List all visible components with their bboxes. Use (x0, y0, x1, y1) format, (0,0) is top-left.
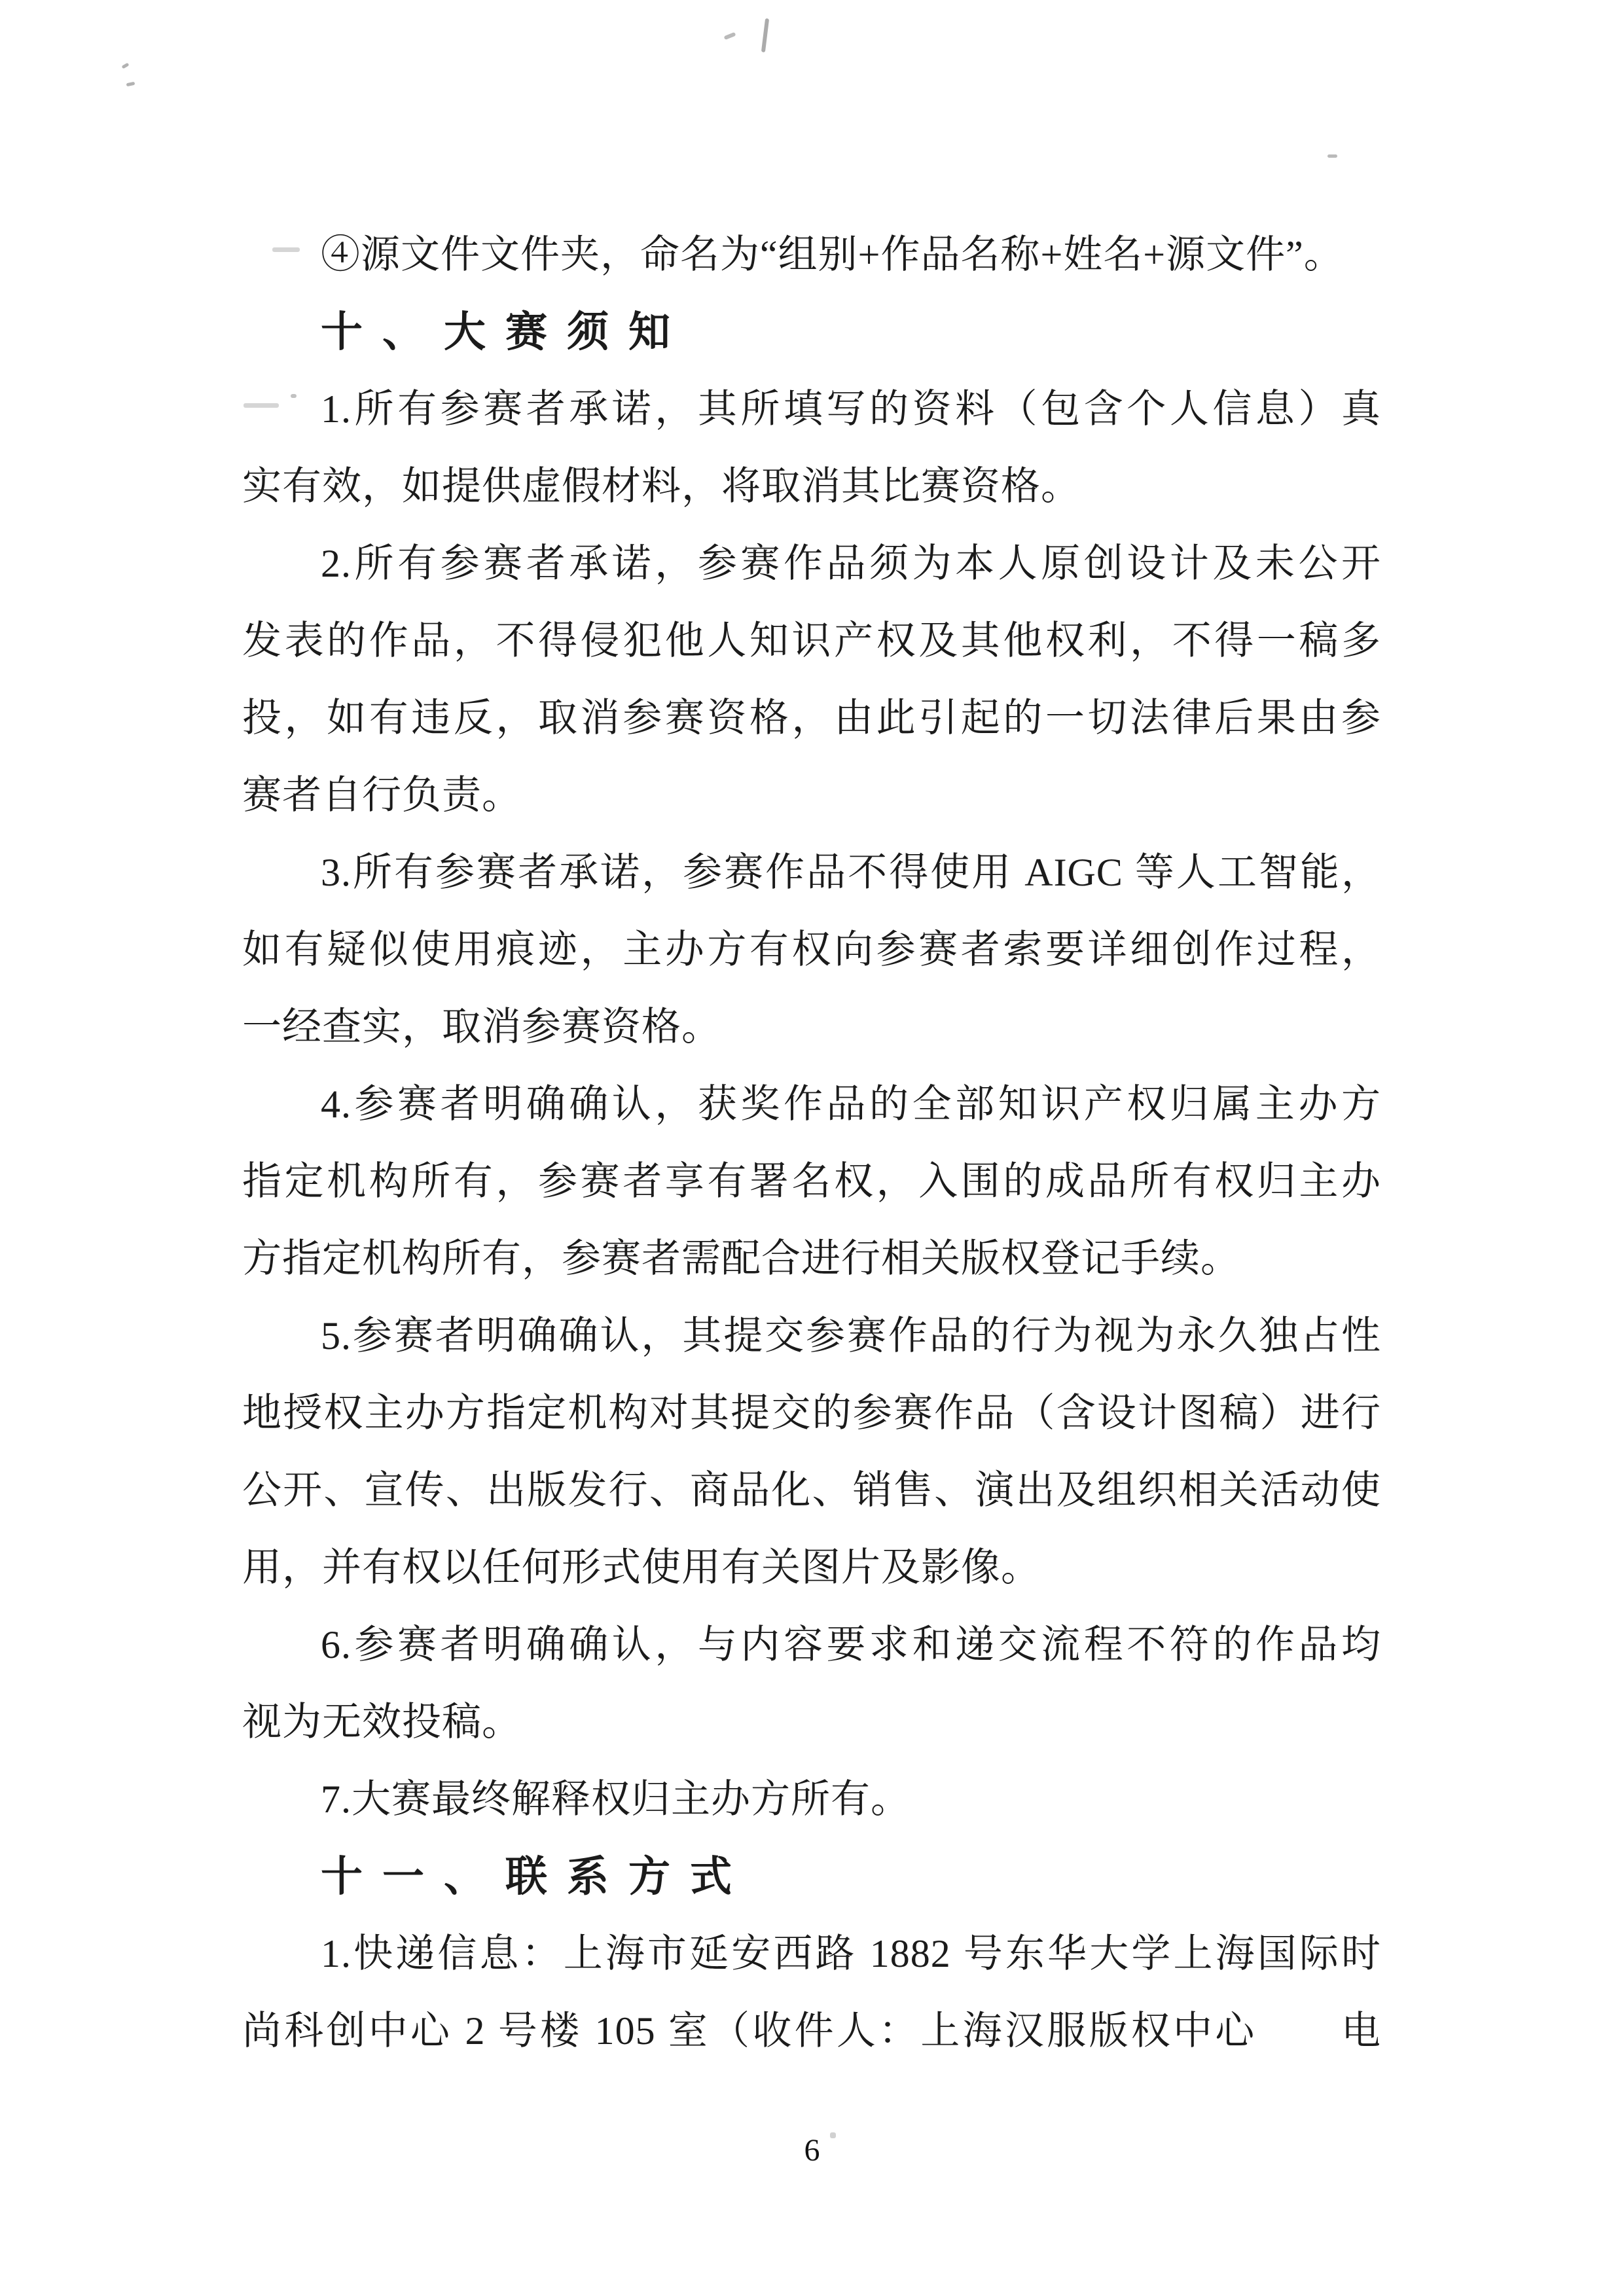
section-heading: 十、大赛须知 (242, 293, 1381, 370)
text-line: 实有效，如提供虚假材料，将取消其比赛资格。 (242, 448, 1381, 525)
page-number: 6 (0, 2132, 1624, 2168)
scan-artifact (1327, 154, 1337, 158)
scan-artifact (126, 82, 135, 87)
text-line: 指定机构所有，参赛者享有署名权，入围的成品所有权归主办 (242, 1143, 1381, 1220)
scan-artifact (724, 32, 736, 40)
text-line: ④源文件文件夹，命名为“组别+作品名称+姓名+源文件”。 (242, 216, 1381, 293)
scan-artifact (761, 18, 769, 52)
section-heading: 十一、联系方式 (242, 1838, 1381, 1915)
text-line: 3.所有参赛者承诺，参赛作品不得使用 AIGC 等人工智能， (242, 834, 1381, 911)
scan-artifact (121, 63, 129, 69)
text-line: 方指定机构所有，参赛者需配合进行相关版权登记手续。 (242, 1220, 1381, 1297)
text-line: 地授权主办方指定机构对其提交的参赛作品（含设计图稿）进行 (242, 1374, 1381, 1452)
text-line: 6.参赛者明确确认，与内容要求和递交流程不符的作品均 (242, 1606, 1381, 1683)
text-line: 公开、宣传、出版发行、商品化、销售、演出及组织相关活动使 (242, 1452, 1381, 1529)
text-line: 尚科创中心 2 号楼 105 室（收件人：上海汉服版权中心 电 (242, 1992, 1381, 2070)
text-line: 一经查实，取消参赛资格。 (242, 988, 1381, 1066)
text-line: 用，并有权以任何形式使用有关图片及影像。 (242, 1529, 1381, 1606)
text-line: 赛者自行负责。 (242, 757, 1381, 834)
text-line: 4.参赛者明确确认，获奖作品的全部知识产权归属主办方 (242, 1066, 1381, 1143)
text-line: 发表的作品，不得侵犯他人知识产权及其他权利，不得一稿多 (242, 602, 1381, 679)
text-line: 7.大赛最终解释权归主办方所有。 (242, 1761, 1381, 1838)
text-line: 如有疑似使用痕迹，主办方有权向参赛者索要详细创作过程， (242, 911, 1381, 988)
text-line: 5.参赛者明确确认，其提交参赛作品的行为视为永久独占性 (242, 1297, 1381, 1374)
scanned-document-page: ④源文件文件夹，命名为“组别+作品名称+姓名+源文件”。十、大赛须知1.所有参赛… (0, 0, 1624, 2296)
text-line: 2.所有参赛者承诺，参赛作品须为本人原创设计及未公开 (242, 525, 1381, 602)
text-line: 1.快递信息：上海市延安西路 1882 号东华大学上海国际时 (242, 1915, 1381, 1992)
text-line: 投，如有违反，取消参赛资格，由此引起的一切法律后果由参 (242, 679, 1381, 757)
text-line: 1.所有参赛者承诺，其所填写的资料（包含个人信息）真 (242, 370, 1381, 448)
document-body: ④源文件文件夹，命名为“组别+作品名称+姓名+源文件”。十、大赛须知1.所有参赛… (242, 216, 1381, 2070)
text-line: 视为无效投稿。 (242, 1683, 1381, 1761)
